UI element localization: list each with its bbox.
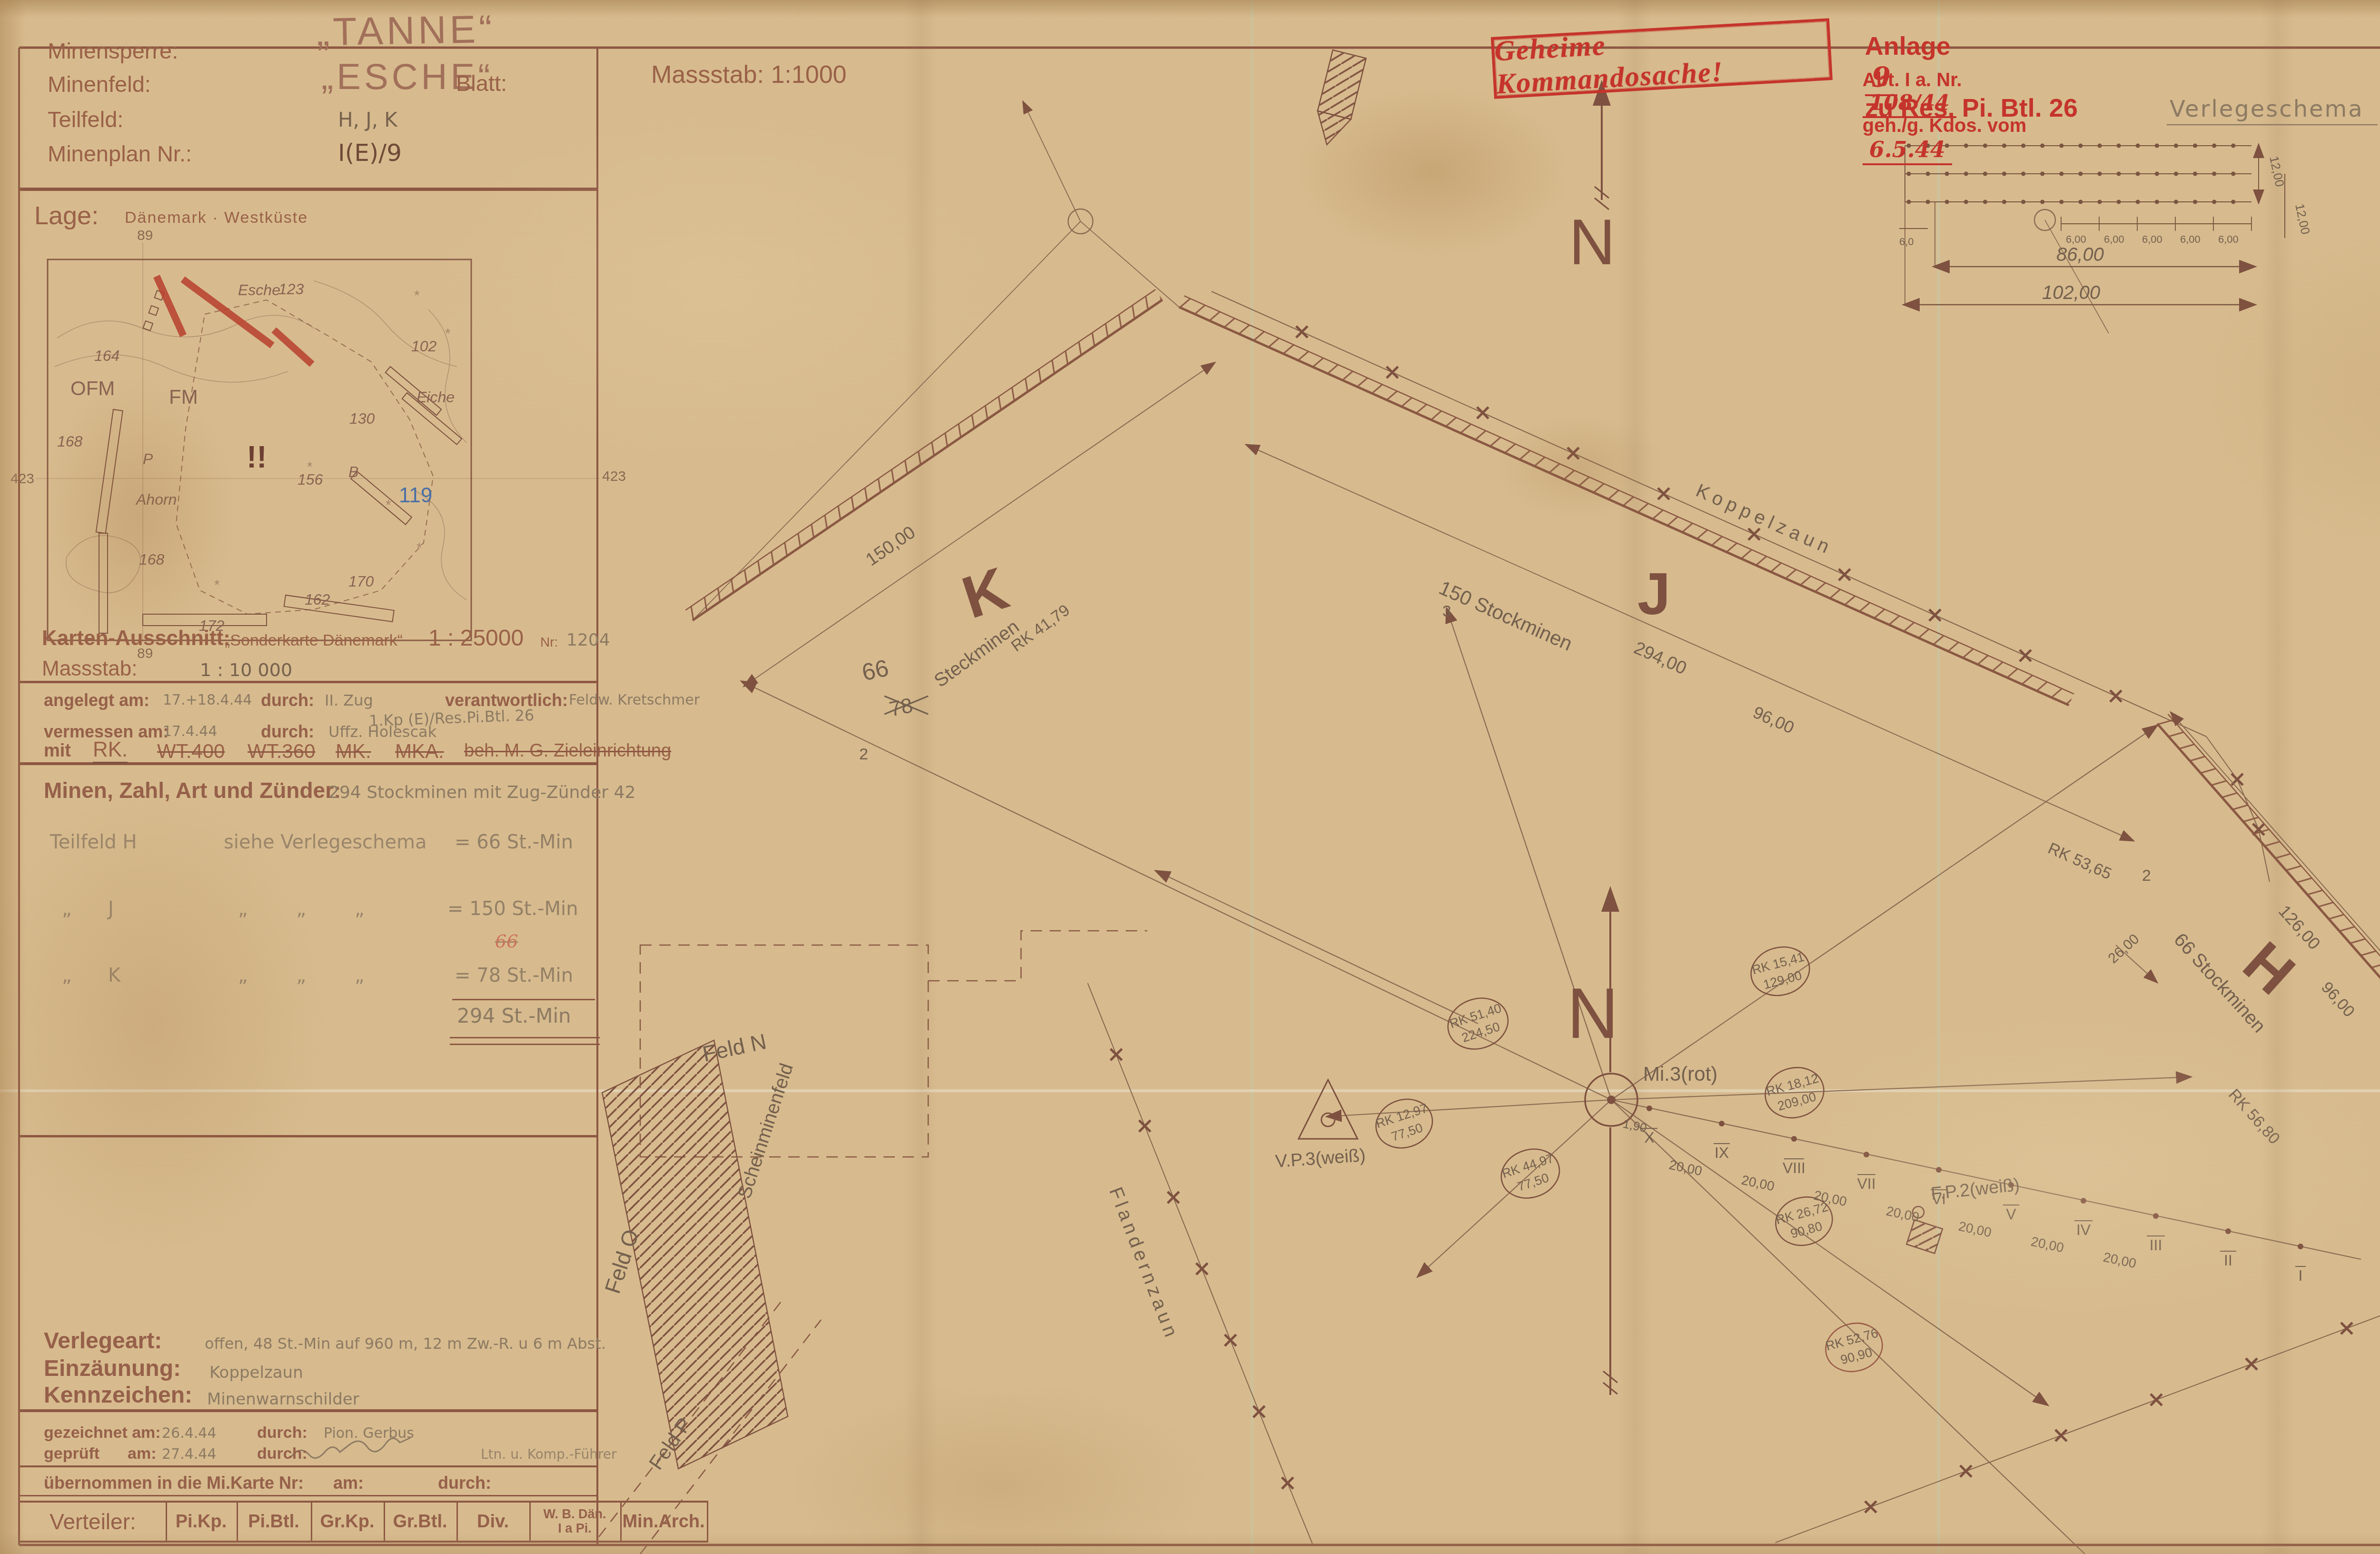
verteiler-cell-pibtl: Pi.Btl. <box>237 1503 311 1541</box>
geprueft-label: geprüft <box>44 1445 99 1463</box>
uebernommen-am-label: am: <box>333 1474 364 1492</box>
karte-label: Karten-Ausschnitt: <box>42 628 230 649</box>
verteiler-cell-wbdaen-line1: W. B. Dän. <box>543 1507 606 1522</box>
inset-label-119: 119 <box>399 484 432 507</box>
karte-value: „Sonderkarte Dänemark“ <box>225 632 403 649</box>
minen-row-c: = 78 St.-Min <box>455 966 573 986</box>
abt-annotation: Abt. I a. Nr. 108/44 geh./g. Kdos. vom 6… <box>1854 61 2026 171</box>
geprueft-signature-title: Ltn. u. Komp.-Führer <box>481 1447 617 1461</box>
massstab-panel-value: 1 : 10 000 <box>200 661 292 680</box>
verteiler-cell-div: Div. <box>456 1503 529 1541</box>
geprueft-am-label: am: <box>128 1445 156 1463</box>
vermessen-durch-value: Uffz. Holescak <box>328 724 436 740</box>
verteiler-table: Verteiler: Pi.Kp. Pi.Btl. Gr.Kp. Gr.Btl.… <box>20 1501 708 1543</box>
inset-label-fm: FM <box>169 386 198 408</box>
mit-struck-mka: MKA. <box>395 741 444 762</box>
verteiler-label: Verteiler: <box>20 1503 166 1541</box>
karte-nr-value: 1204 <box>566 631 610 649</box>
inset-location-map: 89 89 423 423 Esche 123 102 Eiche 164 16… <box>10 224 633 667</box>
verlegeart-label: Verlegeart: <box>44 1329 162 1353</box>
verteiler-cell-minarch: Min.Arch. <box>620 1503 707 1541</box>
minen-row-b: siehe Verlegeschema <box>224 832 427 852</box>
angelegt-durch-value: II. Zug <box>325 693 373 709</box>
sum-line <box>450 1037 600 1038</box>
inset-label-b: B <box>348 463 358 480</box>
inset-exclamation: !! <box>247 440 267 474</box>
einzaeunung-label: Einzäunung: <box>44 1357 181 1381</box>
inset-grid-label: 423 <box>602 468 626 484</box>
mit-rk: RK. <box>93 739 128 764</box>
verteiler-cell-grkp: Gr.Kp. <box>311 1503 384 1541</box>
mit-struck-wt400: WT.400 <box>157 741 225 762</box>
gezeichnet-durch-value: Pion. Gerbus <box>324 1426 414 1441</box>
inset-label-130: 130 <box>349 410 375 427</box>
gezeichnet-durch-label: durch: <box>257 1424 307 1442</box>
minen-row-c: = 66 St.-Min <box>455 832 573 852</box>
inset-label-164: 164 <box>94 347 119 364</box>
abt-mid: geh./g. Kdos. vom <box>1863 115 2026 136</box>
minen-label: Minen, Zahl, Art und Zünder: <box>44 779 341 802</box>
mit-label: mit <box>44 742 71 761</box>
info-panel: Minensperre: „TANNE“ Minenfeld: „ESCHE“ … <box>0 0 2380 1554</box>
verteiler-cell-wbdaen-line2: I a Pi. <box>558 1522 592 1536</box>
divider <box>20 1135 597 1137</box>
verteiler-cell-pikp: Pi.Kp. <box>166 1503 237 1541</box>
inset-symbol: * <box>414 288 420 303</box>
inset-label-168b: 168 <box>139 551 165 568</box>
inset-label-123: 123 <box>278 280 304 298</box>
einzaeunung-value: Koppelzaun <box>209 1365 303 1382</box>
minensperre-value: „TANNE“ <box>316 9 496 53</box>
uebernommen-label: übernommen in die Mi.Karte Nr: <box>44 1474 304 1492</box>
massstab-panel-label: Massstab: <box>42 658 138 680</box>
mit-struck-mk: MK. <box>336 741 371 762</box>
angelegt-date: 17.+18.4.44 <box>163 693 252 708</box>
inset-boundary <box>176 300 433 614</box>
angelegt-durch-label: durch: <box>261 691 314 709</box>
map-scale-label: Massstab: 1:1000 <box>651 62 846 88</box>
table-line <box>707 1503 708 1541</box>
inset-label-170: 170 <box>348 573 374 590</box>
abt-date: 6.5.44 <box>1863 137 1952 165</box>
inset-symbol: * <box>386 497 391 513</box>
mit-struck-wt360: WT.360 <box>248 741 315 762</box>
inset-label-esche: Esche <box>238 281 280 299</box>
anlage-label: Anlage <box>1865 32 1951 60</box>
inset-label-168: 168 <box>57 433 83 450</box>
sum-line <box>452 999 595 1000</box>
minen-row-a: Teilfeld H <box>50 832 137 852</box>
gezeichnet-label: gezeichnet am: <box>44 1424 161 1442</box>
inset-symbol: * <box>214 577 220 593</box>
vermessen-date: 17.4.44 <box>163 724 218 739</box>
abt-number: 108/44 <box>1863 91 1956 118</box>
minen-correction: 66 <box>495 932 518 951</box>
abt-label: Abt. I a. Nr. <box>1863 70 1962 90</box>
inset-label-ahorn: Ahorn <box>135 491 177 508</box>
teilfeld-label: Teilfeld: <box>48 108 123 131</box>
inset-label-p: P <box>143 450 153 468</box>
inset-label-ofm: OFM <box>70 377 115 399</box>
verteiler-cell-wbdaen: W. B. Dän. I a Pi. <box>529 1503 620 1541</box>
geprueft-durch-label: durch: <box>257 1445 307 1463</box>
sum-line <box>450 1044 600 1045</box>
verantwortlich-value: Feldw. Kretschmer <box>569 693 700 708</box>
kennzeichen-label: Kennzeichen: <box>44 1384 192 1407</box>
inset-label-eiche: Eiche <box>416 388 455 406</box>
divider <box>20 1409 597 1412</box>
gezeichnet-date: 26.4.44 <box>162 1426 217 1441</box>
verteiler-cell-grbtl: Gr.Btl. <box>384 1503 456 1541</box>
minenplan-label: Minenplan Nr.: <box>48 142 192 165</box>
geprueft-date: 27.4.44 <box>162 1447 217 1462</box>
minensperre-label: Minensperre: <box>48 39 178 62</box>
minen-row-b: „ „ „ <box>238 899 365 919</box>
minen-row-a: „ J <box>62 899 114 919</box>
verlegeart-value: offen, 48 St.-Min auf 960 m, 12 m Zw.-R.… <box>205 1336 606 1352</box>
mit-struck-mg: beh. M. G. Zieleinrichtung <box>464 742 671 761</box>
divider <box>20 681 597 683</box>
inset-symbol: * <box>445 326 451 341</box>
divider <box>20 1495 597 1496</box>
minenplan-value: I(E)/9 <box>338 140 402 166</box>
minen-row-b: „ „ „ <box>238 966 365 986</box>
blatt-label: Blatt: <box>456 71 507 95</box>
teilfeld-value: H, J, K <box>338 110 397 130</box>
inset-symbol: * <box>416 540 422 556</box>
minefield-plan-sheet: RK 51,40 224,50 RK 44,97 77,50 RK 12,97 … <box>0 0 2380 1554</box>
vermessen-durch-label: durch: <box>261 723 314 741</box>
karte-nr-label: Nr: <box>540 635 558 649</box>
minen-total: 294 St.-Min <box>457 1006 571 1026</box>
minen-row-a: „ K <box>62 966 120 986</box>
divider <box>20 188 597 191</box>
kennzeichen-value: Minenwarnschilder <box>207 1391 359 1408</box>
inset-grid-label: 423 <box>10 471 34 487</box>
minenfeld-label: Minenfeld: <box>48 72 151 96</box>
angelegt-label: angelegt am: <box>44 691 149 709</box>
inset-label-162: 162 <box>305 591 330 608</box>
inset-symbol: * <box>307 459 313 475</box>
inset-label-102: 102 <box>411 338 437 355</box>
karte-scale: 1 : 25000 <box>428 627 524 650</box>
minen-value: 294 Stockminen mit Zug-Zünder 42 <box>328 784 635 802</box>
divider <box>20 1465 597 1467</box>
minen-row-c: = 150 St.-Min <box>447 899 578 919</box>
inset-grid-label: 89 <box>137 228 153 243</box>
uebernommen-durch-label: durch: <box>438 1474 491 1492</box>
